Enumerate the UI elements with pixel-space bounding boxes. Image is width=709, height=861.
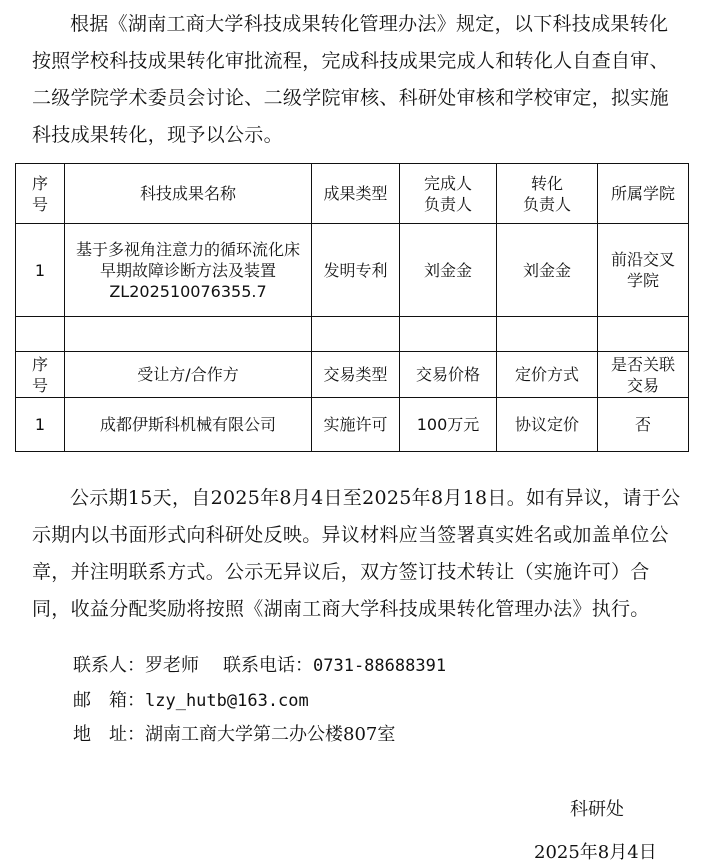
contact-address: 湖南工商大学第二办公楼807室 — [145, 724, 395, 745]
cell-transaction-type: 实施许可 — [312, 398, 400, 452]
cell-achievement-type: 发明专利 — [312, 224, 400, 317]
cell-achievement-name: 基于多视角注意力的循环流化床早期故障诊断方法及装置ZL202510076355.… — [65, 224, 312, 317]
header-completer: 完成人负责人 — [400, 164, 497, 224]
contact-phone-label: 联系电话： — [223, 654, 313, 678]
cell-transferee: 成都伊斯科机械有限公司 — [65, 398, 312, 452]
table2-header-row: 序号 受让方/合作方 交易类型 交易价格 定价方式 是否关联交易 — [16, 352, 689, 398]
header-achievement-type: 成果类型 — [312, 164, 400, 224]
intro-paragraph: 根据《湖南工商大学科技成果转化管理办法》规定，以下科技成果转化按照学校科技成果转… — [32, 6, 682, 154]
table-header-row: 序号 科技成果名称 成果类型 完成人负责人 转化负责人 所属学院 — [16, 164, 689, 224]
contact-email-label: 邮 箱： — [73, 689, 145, 713]
cell-transaction-price: 100万元 — [400, 398, 497, 452]
intro-text: 根据《湖南工商大学科技成果转化管理办法》规定，以下科技成果转化按照学校科技成果转… — [32, 13, 669, 146]
header-achievement-name: 科技成果名称 — [65, 164, 312, 224]
table-row: 1 成都伊斯科机械有限公司 实施许可 100万元 协议定价 否 — [16, 398, 689, 452]
cell-transfer-lead: 刘金金 — [497, 224, 598, 317]
header-pricing-method: 定价方式 — [497, 352, 598, 398]
contact-email[interactable]: lzy_hutb@163.com — [145, 691, 309, 711]
header-index-2: 序号 — [16, 352, 65, 398]
header-transaction-type: 交易类型 — [312, 352, 400, 398]
contact-email-line: 邮 箱：lzy_hutb@163.com — [73, 689, 309, 713]
header-transfer-lead: 转化负责人 — [497, 164, 598, 224]
notice-paragraph: 公示期15天，自2025年8月4日至2025年8月18日。如有异议，请于公示期内… — [32, 480, 682, 628]
header-transferee: 受让方/合作方 — [65, 352, 312, 398]
cell-index: 1 — [16, 224, 65, 317]
contact-person-line: 联系人：罗老师联系电话：0731-88688391 — [73, 654, 446, 678]
contact-address-label: 地 址： — [73, 723, 145, 747]
contact-phone: 0731-88688391 — [313, 656, 446, 676]
signature-date: 2025年8月4日 — [534, 838, 657, 861]
cell-college: 前沿交叉学院 — [598, 224, 689, 317]
cell-related-transaction: 否 — [598, 398, 689, 452]
cell-pricing-method: 协议定价 — [497, 398, 598, 452]
contact-person: 罗老师 — [145, 655, 199, 676]
contact-person-label: 联系人： — [73, 654, 145, 678]
contact-address-line: 地 址：湖南工商大学第二办公楼807室 — [73, 723, 395, 747]
table-spacer-row — [16, 317, 689, 352]
table-row: 1 基于多视角注意力的循环流化床早期故障诊断方法及装置ZL20251007635… — [16, 224, 689, 317]
header-related-transaction: 是否关联交易 — [598, 352, 689, 398]
achievement-table: 序号 科技成果名称 成果类型 完成人负责人 转化负责人 所属学院 1 基于多视角… — [15, 163, 689, 452]
header-transaction-price: 交易价格 — [400, 352, 497, 398]
cell-index: 1 — [16, 398, 65, 452]
header-index: 序号 — [16, 164, 65, 224]
notice-text: 公示期15天，自2025年8月4日至2025年8月18日。如有异议，请于公示期内… — [32, 487, 680, 620]
cell-completer: 刘金金 — [400, 224, 497, 317]
header-college: 所属学院 — [598, 164, 689, 224]
signature-office: 科研处 — [570, 795, 624, 821]
